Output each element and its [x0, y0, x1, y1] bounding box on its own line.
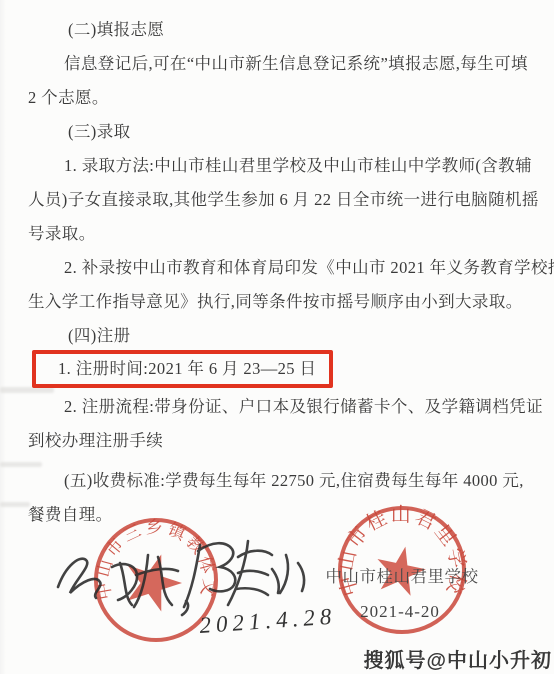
paragraph-line: 号录取。: [28, 217, 528, 251]
section-heading-registration: (四)注册: [28, 319, 528, 353]
paragraph-line: 1. 录取方法:中山市桂山君里学校及中山市桂山中学教师(含教辅: [28, 149, 528, 183]
registration-time-line: 1. 注册时间:2021 年 6 月 23—25 日: [58, 356, 329, 382]
document-body: (二)填报志愿 信息登记后,可在“中山市新生信息登记系统”填报志愿,每生可填 2…: [28, 13, 528, 532]
paragraph-line: 2 个志愿。: [28, 81, 528, 115]
school-name-text: 中山市桂山君里学校: [326, 567, 479, 586]
handwritten-date: 2021.4.28: [199, 603, 337, 637]
paragraph-line: 生入学工作指导意见》执行,同等条件按市摇号顺序由小到大录取。: [28, 285, 528, 319]
section-heading-fill-volunteer: (二)填报志愿: [28, 13, 528, 47]
school-official-seal: 中山市桂山君里学校 中山市桂山君里学校 2021-4-20: [322, 498, 482, 648]
scanned-document-page: (二)填报志愿 信息登记后,可在“中山市新生信息登记系统”填报志愿,每生可填 2…: [0, 0, 554, 674]
paragraph-line: 到校办理注册手续: [28, 424, 528, 458]
stamp-date-text: 2021-4-20: [360, 602, 440, 621]
sohu-watermark: 搜狐号@中山小升初: [363, 644, 552, 673]
section-heading-fees: (五)收费标准:学费每生每年 22750 元,住宿费每生每年 4000 元,: [28, 464, 528, 498]
paragraph-line: 信息登记后,可在“中山市新生信息登记系统”填报志愿,每生可填: [28, 47, 528, 81]
paragraph-line: 2. 注册流程:带身份证、户口本及银行储蓄卡个、及学籍调档凭证: [28, 390, 528, 424]
scan-artifact: [0, 502, 30, 507]
paragraph-line: 人员)子女直接录取,其他学生参加 6 月 22 日全市统一进行电脑随机摇: [28, 183, 528, 217]
section-heading-admission: (三)录取: [28, 115, 528, 149]
scan-edge-shade: [0, 0, 6, 674]
paragraph-line: 2. 补录按中山市教育和体育局印发《中山市 2021 年义务教育学校招: [28, 251, 528, 285]
highlight-box: 1. 注册时间:2021 年 6 月 23—25 日: [32, 350, 333, 388]
left-official-seal: 中山市三乡镇教体文 2021.4.28: [40, 505, 340, 655]
star-icon: [117, 546, 188, 615]
handwritten-signature: [58, 541, 304, 615]
